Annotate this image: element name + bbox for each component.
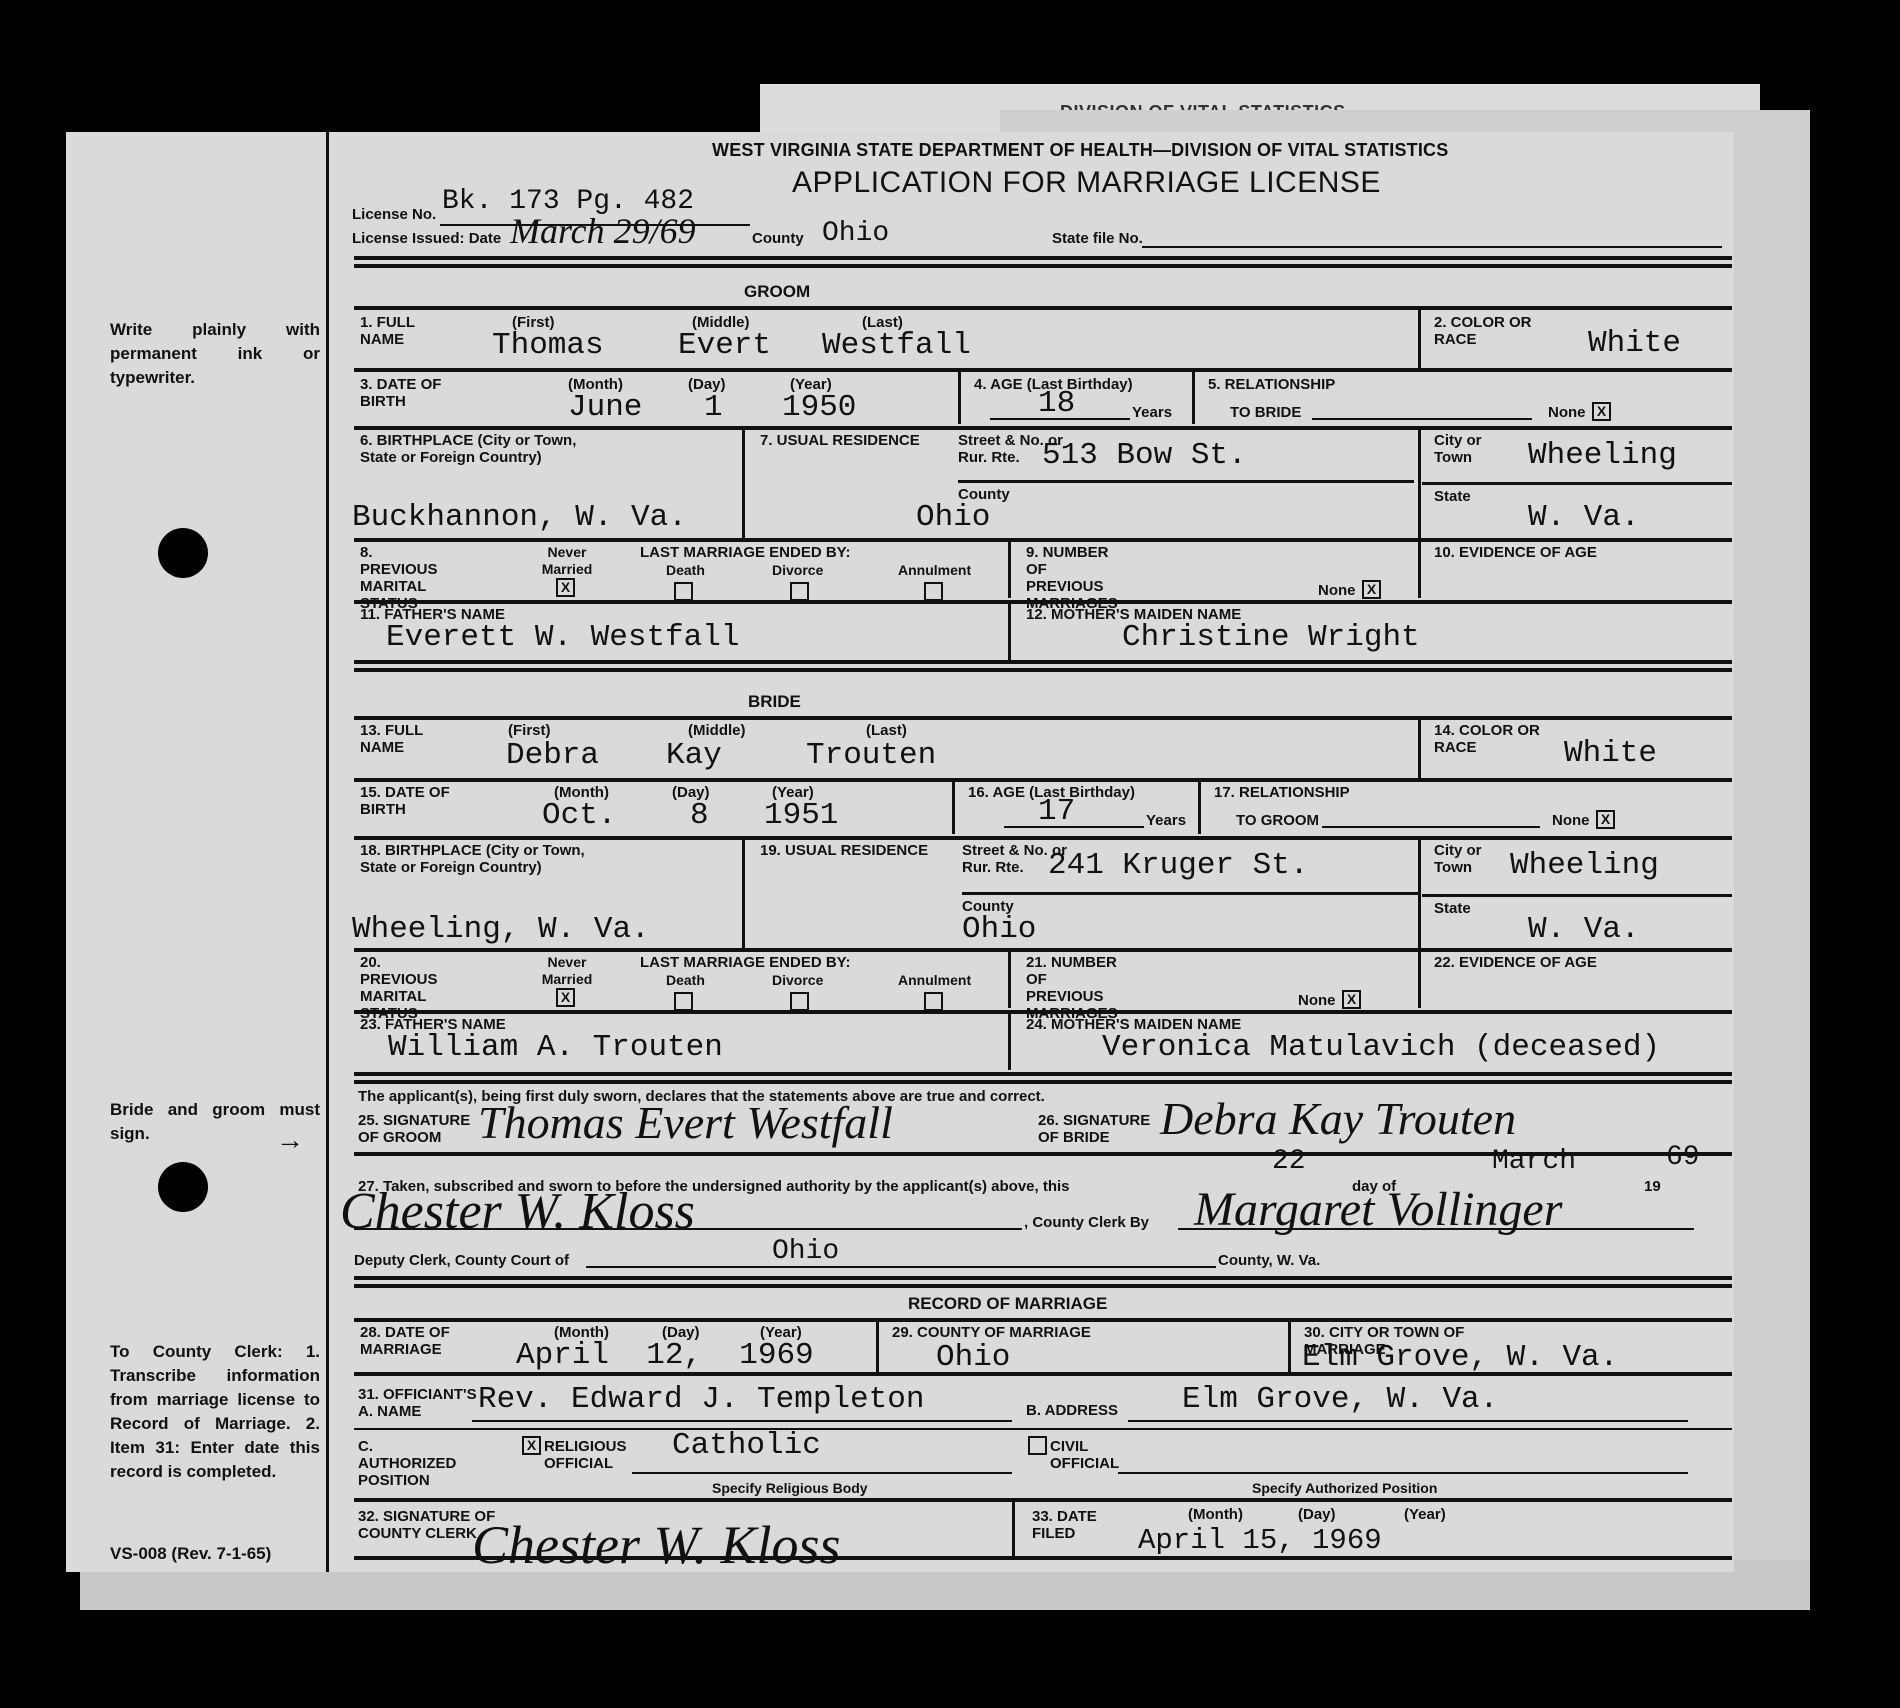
- marriage-license-form: Write plainly with permanent ink or type…: [66, 132, 1734, 1572]
- underline: [632, 1472, 1012, 1474]
- bride-death-checkbox[interactable]: [674, 992, 693, 1011]
- divider: [876, 1320, 879, 1372]
- authorized-position-label: C. AUTHORIZED POSITION: [358, 1438, 468, 1489]
- groom-death-checkbox[interactable]: [674, 582, 693, 601]
- groom-age: 18: [1038, 386, 1075, 421]
- bride-prev-none-checkbox[interactable]: X: [1342, 990, 1361, 1009]
- bride-mother: Veronica Matulavich (deceased): [1102, 1030, 1660, 1065]
- bride-signature-label: 26. SIGNATURE OF BRIDE: [1038, 1112, 1158, 1146]
- groom-divorce-checkbox[interactable]: [790, 582, 809, 601]
- ended-by-label: LAST MARRIAGE ENDED BY:: [640, 954, 851, 971]
- year-prefix: 19: [1644, 1178, 1661, 1195]
- civil-official-label: CIVIL OFFICIAL: [1050, 1438, 1120, 1472]
- divider: [1418, 950, 1421, 1008]
- underline: [1128, 1420, 1688, 1422]
- divider: [354, 538, 1732, 542]
- divider: [354, 1276, 1732, 1280]
- divider: [1008, 1012, 1011, 1070]
- year-label: (Year): [1404, 1506, 1446, 1523]
- underline: [586, 1266, 1216, 1268]
- ended-by-label: LAST MARRIAGE ENDED BY:: [640, 544, 851, 561]
- groom-signature-label: 25. SIGNATURE OF GROOM: [358, 1112, 478, 1146]
- none-label: None: [1298, 992, 1336, 1009]
- underline: [1422, 482, 1732, 485]
- officiant-name: Rev. Edward J. Templeton: [478, 1382, 924, 1417]
- form-title: APPLICATION FOR MARRIAGE LICENSE: [792, 166, 1381, 200]
- bride-city: Wheeling: [1510, 848, 1659, 883]
- bride-never-married-checkbox[interactable]: X: [556, 988, 575, 1007]
- bride-section-title: BRIDE: [748, 692, 801, 712]
- groom-evidence-label: 10. EVIDENCE OF AGE: [1434, 544, 1597, 561]
- officiant-address: Elm Grove, W. Va.: [1182, 1382, 1498, 1417]
- divider: [354, 1318, 1732, 1322]
- bride-father: William A. Trouten: [388, 1030, 723, 1065]
- divider: [1418, 308, 1421, 368]
- death-label: Death: [666, 972, 705, 989]
- religious-body-hint: Specify Religious Body: [712, 1480, 868, 1497]
- groom-mother: Christine Wright: [1122, 620, 1420, 655]
- county-value: Ohio: [822, 218, 889, 249]
- divider: [354, 1284, 1732, 1288]
- bride-evidence-label: 22. EVIDENCE OF AGE: [1434, 954, 1597, 971]
- underline: [1118, 1472, 1688, 1474]
- bride-first-name: Debra: [506, 738, 599, 773]
- month-label: (Month): [1188, 1506, 1243, 1523]
- divider: [354, 1498, 1732, 1502]
- county-clerk-by-label: , County Clerk By: [1024, 1214, 1149, 1231]
- divorce-label: Divorce: [772, 562, 823, 579]
- groom-dob-day: 1: [704, 390, 723, 425]
- sworn-day: 22: [1272, 1146, 1306, 1177]
- divider: [1418, 718, 1421, 778]
- divider: [354, 1428, 1732, 1430]
- years-label: Years: [1132, 404, 1172, 421]
- record-section-title: RECORD OF MARRIAGE: [908, 1294, 1107, 1314]
- middle-label: (Middle): [688, 722, 746, 739]
- marriage-date-label: 28. DATE OF MARRIAGE: [360, 1324, 450, 1358]
- groom-last-name: Westfall: [822, 328, 971, 363]
- groom-race-label: 2. COLOR OR RACE: [1434, 314, 1544, 348]
- underline: [1142, 246, 1722, 248]
- sworn-year: 69: [1666, 1142, 1700, 1173]
- bride-last-name: Trouten: [806, 738, 936, 773]
- divider: [1198, 780, 1201, 834]
- underline: [958, 480, 1414, 483]
- divider: [1008, 602, 1011, 660]
- first-label: (First): [508, 722, 551, 739]
- annulment-label: Annulment: [898, 562, 971, 579]
- bride-dob-month: Oct.: [542, 798, 616, 833]
- instruction-sidebar: Write plainly with permanent ink or type…: [66, 132, 329, 1572]
- bride-residence-county: Ohio: [962, 912, 1036, 947]
- address-label: B. ADDRESS: [1026, 1402, 1118, 1419]
- groom-dob-year: 1950: [782, 390, 856, 425]
- groom-state: W. Va.: [1528, 500, 1640, 535]
- issued-label: License Issued: Date: [352, 230, 501, 247]
- divider: [952, 780, 955, 834]
- divider: [354, 778, 1732, 782]
- bride-age: 17: [1038, 794, 1075, 829]
- bride-race: White: [1564, 736, 1657, 771]
- divider: [354, 716, 1732, 720]
- groom-name-label: 1. FULL NAME: [360, 314, 430, 348]
- groom-annulment-checkbox[interactable]: [924, 582, 943, 601]
- punch-hole-top: [158, 528, 208, 578]
- groom-race: White: [1588, 326, 1681, 361]
- divider: [354, 1556, 1732, 1560]
- annulment-label: Annulment: [898, 972, 971, 989]
- divider: [742, 428, 745, 538]
- divider: [354, 426, 1732, 430]
- marriage-county-label: 29. COUNTY OF MARRIAGE: [892, 1324, 1091, 1341]
- divider: [354, 836, 1732, 840]
- date-filed: April 15, 1969: [1138, 1524, 1382, 1557]
- groom-prev-none-checkbox[interactable]: X: [1362, 580, 1381, 599]
- none-label: None: [1318, 582, 1356, 599]
- clerk-signature: Chester W. Kloss: [340, 1182, 695, 1241]
- groom-middle-name: Evert: [678, 328, 771, 363]
- to-bride-label: TO BRIDE: [1230, 404, 1301, 421]
- county-wva-label: County, W. Va.: [1218, 1252, 1320, 1269]
- groom-birthplace-label: 6. BIRTHPLACE (City or Town, State or Fo…: [360, 432, 610, 466]
- bride-relationship-label: 17. RELATIONSHIP: [1214, 784, 1350, 801]
- groom-residence-label: 7. USUAL RESIDENCE: [760, 432, 920, 449]
- years-label: Years: [1146, 812, 1186, 829]
- divider: [958, 370, 961, 424]
- divider: [354, 1080, 1732, 1084]
- bride-residence-label: 19. USUAL RESIDENCE: [760, 842, 928, 859]
- instruction-clerk: To County Clerk: 1. Transcribe informati…: [110, 1340, 320, 1484]
- bride-state: W. Va.: [1528, 912, 1640, 947]
- divider: [742, 838, 745, 948]
- groom-residence-county: Ohio: [916, 500, 990, 535]
- bride-signature: Debra Kay Trouten: [1160, 1092, 1516, 1145]
- issued-date: March 29/69: [510, 210, 696, 252]
- state-label: State: [1434, 488, 1471, 505]
- civil-official-checkbox[interactable]: [1028, 1436, 1047, 1455]
- bride-dob-day: 8: [690, 798, 709, 833]
- religious-body: Catholic: [672, 1428, 821, 1463]
- bride-name-label: 13. FULL NAME: [360, 722, 430, 756]
- last-label: (Last): [866, 722, 907, 739]
- groom-birthplace: Buckhannon, W. Va.: [352, 500, 687, 535]
- deputy-clerk-label: Deputy Clerk, County Court of: [354, 1252, 569, 1269]
- groom-dob-month: June: [568, 390, 642, 425]
- divider: [354, 256, 1732, 260]
- divider: [1012, 1500, 1015, 1556]
- county-clerk-signature: Chester W. Kloss: [472, 1514, 841, 1576]
- bride-annulment-checkbox[interactable]: [924, 992, 943, 1011]
- underline: [1312, 418, 1532, 420]
- divider: [354, 660, 1732, 664]
- groom-city: Wheeling: [1528, 438, 1677, 473]
- groom-father: Everett W. Westfall: [386, 620, 739, 655]
- marriage-date: April 12, 1969: [516, 1338, 814, 1373]
- groom-dob-label: 3. DATE OF BIRTH: [360, 376, 450, 410]
- never-married-label: Never Married: [532, 954, 602, 988]
- divider: [1192, 370, 1195, 424]
- to-groom-label: TO GROOM: [1236, 812, 1319, 829]
- divider: [354, 1072, 1732, 1076]
- state-label: State: [1434, 900, 1471, 917]
- underline: [1322, 826, 1540, 828]
- bride-birthplace: Wheeling, W. Va.: [352, 912, 650, 947]
- groom-street: 513 Bow St.: [1042, 438, 1247, 473]
- divider: [354, 668, 1732, 672]
- divider: [1008, 950, 1011, 1008]
- day-label: (Day): [1298, 1506, 1336, 1523]
- groom-section-title: GROOM: [744, 282, 810, 302]
- underline: [1178, 1228, 1694, 1230]
- city-label: City or Town: [1434, 432, 1494, 466]
- underline: [1004, 826, 1144, 828]
- date-filed-label: 33. DATE FILED: [1032, 1508, 1112, 1542]
- bride-relationship-none-checkbox[interactable]: X: [1596, 810, 1615, 829]
- bride-race-label: 14. COLOR OR RACE: [1434, 722, 1544, 756]
- state-file-label: State file No.: [1052, 230, 1143, 247]
- bride-dob-year: 1951: [764, 798, 838, 833]
- death-label: Death: [666, 562, 705, 579]
- license-no-label: License No.: [352, 206, 436, 223]
- underline: [472, 1420, 1012, 1422]
- divider: [1418, 838, 1421, 948]
- groom-signature: Thomas Evert Westfall: [478, 1096, 893, 1149]
- none-label: None: [1548, 404, 1586, 421]
- underline: [354, 1228, 1022, 1230]
- county-label: County: [752, 230, 804, 247]
- bride-street: 241 Kruger St.: [1048, 848, 1308, 883]
- arrow-right-icon: →: [276, 1124, 304, 1156]
- form-body: WEST VIRGINIA STATE DEPARTMENT OF HEALTH…: [332, 132, 1732, 1572]
- deputy-county: Ohio: [772, 1236, 839, 1267]
- groom-first-name: Thomas: [492, 328, 604, 363]
- underline: [1422, 894, 1732, 897]
- civil-position-hint: Specify Authorized Position: [1252, 1480, 1437, 1497]
- officiant-name-label: 31. OFFICIANT'S A. NAME: [358, 1386, 478, 1420]
- groom-relationship-none-checkbox[interactable]: X: [1592, 402, 1611, 421]
- groom-relationship-label: 5. RELATIONSHIP: [1208, 376, 1335, 393]
- religious-official-label: RELIGIOUS OFFICIAL: [544, 1438, 634, 1472]
- groom-never-married-checkbox[interactable]: X: [556, 578, 575, 597]
- divider: [354, 600, 1732, 604]
- divider: [354, 948, 1732, 952]
- form-number: VS-008 (Rev. 7-1-65): [110, 1542, 320, 1566]
- bride-birthplace-label: 18. BIRTHPLACE (City or Town, State or F…: [360, 842, 610, 876]
- divider: [354, 264, 1732, 268]
- agency-header: WEST VIRGINIA STATE DEPARTMENT OF HEALTH…: [712, 140, 1448, 161]
- religious-official-checkbox[interactable]: X: [522, 1436, 541, 1455]
- underline: [990, 418, 1130, 420]
- divider: [354, 306, 1732, 310]
- city-label: City or Town: [1434, 842, 1494, 876]
- divider: [1418, 540, 1421, 598]
- marriage-county: Ohio: [936, 1340, 1010, 1375]
- punch-hole-bottom: [158, 1162, 208, 1212]
- divider: [1418, 428, 1421, 538]
- divorce-label: Divorce: [772, 972, 823, 989]
- divider: [354, 1372, 1732, 1376]
- divider: [1008, 540, 1011, 598]
- never-married-label: Never Married: [532, 544, 602, 578]
- divider: [1288, 1320, 1291, 1372]
- none-label: None: [1552, 812, 1590, 829]
- marriage-city: Elm Grove, W. Va.: [1302, 1340, 1618, 1375]
- bride-divorce-checkbox[interactable]: [790, 992, 809, 1011]
- sworn-month: March: [1492, 1146, 1576, 1177]
- divider: [354, 1010, 1732, 1014]
- underline: [962, 892, 1418, 895]
- divider: [354, 368, 1732, 372]
- instruction-ink: Write plainly with permanent ink or type…: [110, 318, 320, 390]
- bride-dob-label: 15. DATE OF BIRTH: [360, 784, 450, 818]
- bride-middle-name: Kay: [666, 738, 722, 773]
